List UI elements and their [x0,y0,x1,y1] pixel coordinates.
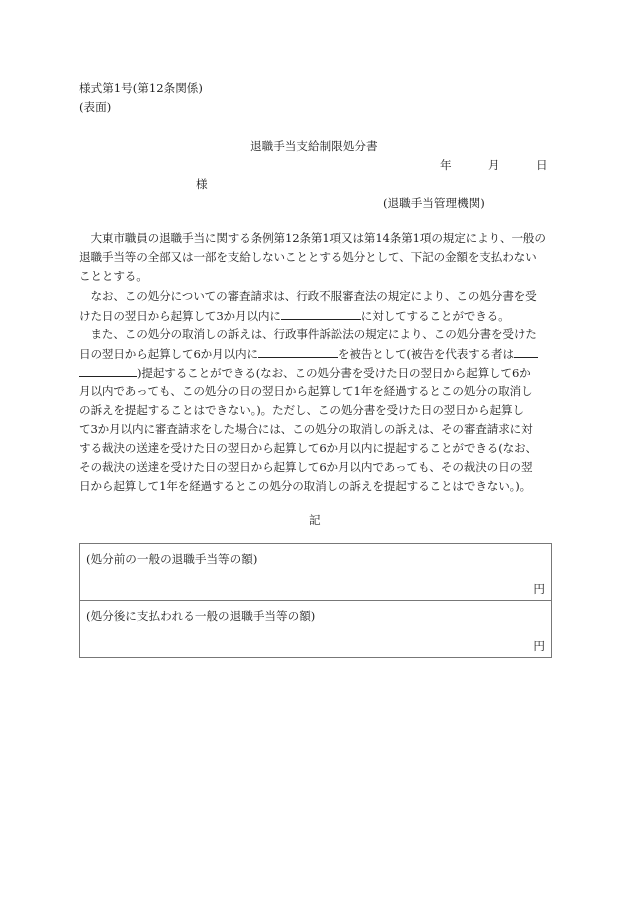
body-line: て3か月以内に審査請求をした場合には、この処分の取消しの訴えは、その審査請求に対 [79,421,551,437]
form-side-label: (表面) [79,99,111,115]
body-line: 月以内であっても、この処分の日の翌日から起算して1年を経過するとこの処分の取消し [79,383,551,399]
amount-before-label: (処分前の一般の退職手当等の額) [86,551,257,567]
representative-blank-part2[interactable] [79,364,137,377]
date-month: 月 [488,157,500,173]
body-line: 大東市職員の退職手当に関する条例第12条第1項又は第14条第1項の規定により、一… [79,230,551,246]
body-line: 退職手当等の全部又は一部を支給しないこととする処分として、下記の金額を支払わない [79,249,551,265]
defendant-blank[interactable] [258,345,338,358]
form-number: 様式第1号(第12条関係) [79,80,203,96]
body-line: なお、この処分についての審査請求は、行政不服審査法の規定により、この処分書を受 [79,288,551,304]
body-line: 日から起算して1年を経過するとこの処分の取消しの訴えを提起することはできない。)… [79,478,551,494]
body-line-with-blank: 日の翌日から起算して6か月以内にを被告として(被告を代表する者は [79,345,551,362]
amount-table: (処分前の一般の退職手当等の額) 円 (処分後に支払われる一般の退職手当等の額)… [79,543,552,658]
issuer: (退職手当管理機関) [383,195,485,211]
addressee-suffix: 様 [196,176,208,192]
amount-before-unit: 円 [533,581,545,597]
body-line-with-blank: )提起することができる(なお、この処分書を受けた日の翌日から起算して6か [79,364,551,381]
amount-after-unit: 円 [533,638,545,654]
body-line: その裁決の送達を受けた日の翌日から起算して6か月以内であっても、その裁決の日の翌 [79,459,551,475]
amount-after-label: (処分後に支払われる一般の退職手当等の額) [86,608,315,624]
document-title: 退職手当支給制限処分書 [250,138,378,154]
amount-row-after: (処分後に支払われる一般の退職手当等の額) 円 [80,600,551,657]
representative-blank-part1[interactable] [514,345,538,358]
body-line: する裁決の送達を受けた日の翌日から起算して6か月以内に提起することができる(なお… [79,440,551,456]
body-line: また、この処分の取消しの訴えは、行政事件訴訟法の規定により、この処分書を受けた [79,326,551,342]
body-line-with-blank: けた日の翌日から起算して3か月以内にに対してすることができる。 [79,307,551,324]
date-year: 年 [440,157,452,173]
note-heading: 記 [309,512,321,528]
body-line: こととする。 [79,268,551,284]
review-authority-blank[interactable] [281,307,361,320]
date-day: 日 [536,157,548,173]
amount-row-before: (処分前の一般の退職手当等の額) 円 [80,544,551,600]
body-line: の訴えを提起することはできない。)。ただし、この処分書を受けた日の翌日から起算し [79,402,551,418]
